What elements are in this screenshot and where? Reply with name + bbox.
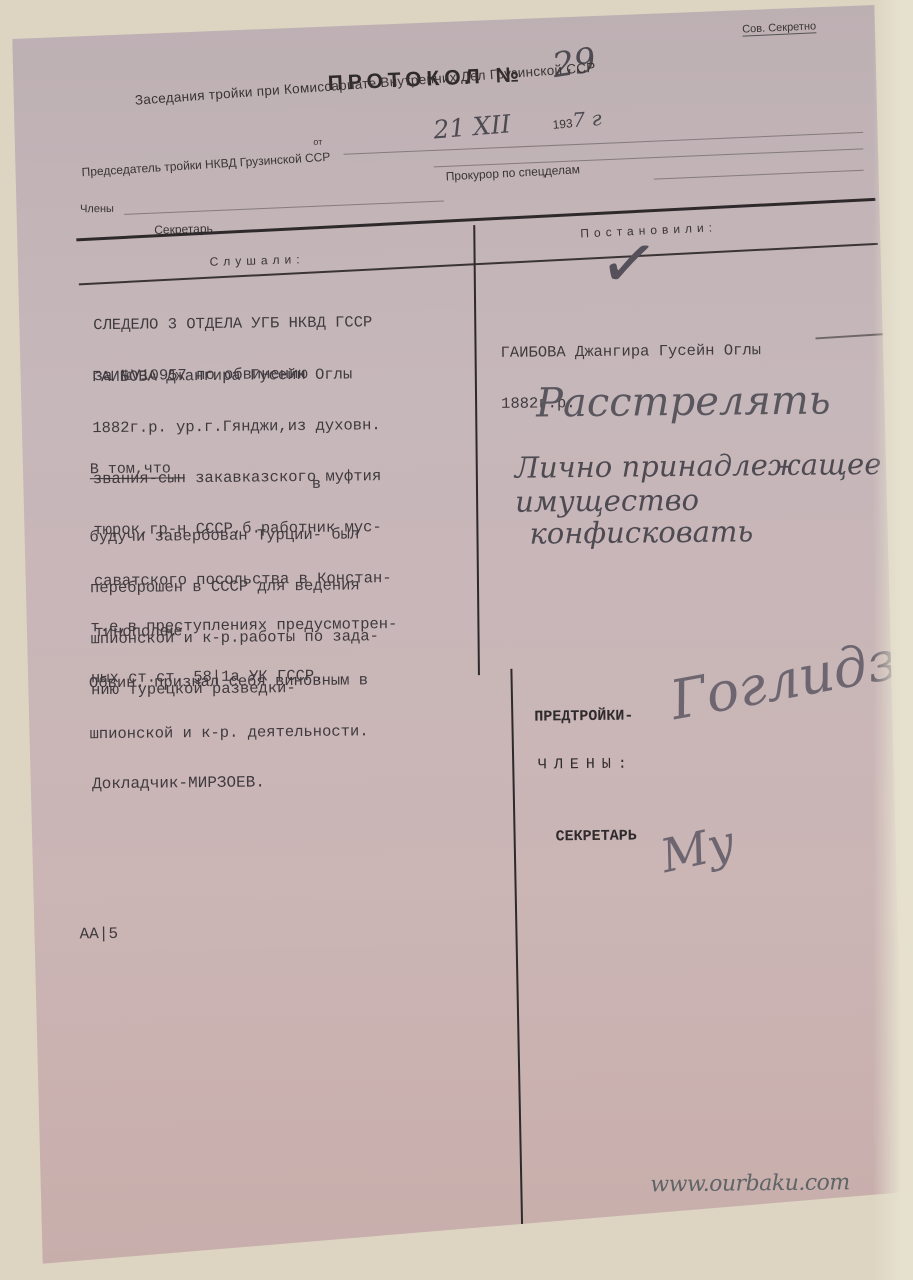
column-divider-lower	[510, 669, 523, 1239]
year-printed: 193	[552, 116, 573, 132]
column-divider-upper	[473, 225, 480, 675]
case-line: СЛЕДЕЛО 3 ОТДЕЛА УГБ НКВД ГССР	[93, 314, 372, 334]
check-mark-icon: ✓	[595, 219, 664, 308]
decided-name-line: ГАИБОВА Джангира Гусейн Оглы	[500, 342, 761, 362]
reporter-name: Докладчик-МИРЗОЕВ.	[92, 773, 265, 793]
accused-line: 1882г.р. ур.г.Гянджи,из духовн.	[92, 417, 390, 437]
charge-heading: В том,что	[90, 460, 185, 479]
column-header-divider	[79, 243, 878, 285]
plea-line: Обвин. признал себя виновным в	[89, 672, 368, 692]
classification-stamp: Сов. Секретно	[742, 20, 817, 36]
members-rule	[124, 200, 444, 214]
date-day-month: 21 XII	[432, 109, 511, 144]
verdict-handwritten: Расстрелять	[536, 377, 831, 426]
document-subtitle: Заседания тройки при Комиссариате Внутре…	[134, 60, 596, 108]
secretary-sign-label: СЕКРЕТАРЬ	[556, 828, 637, 846]
members-sign-label: ЧЛЕНЫ:	[538, 756, 634, 774]
articles-line: т.е,в преступлениях предусмотрен-	[90, 616, 397, 636]
meeting-date: 21 XII 1937 г	[432, 102, 602, 144]
document-page: Сов. Секретно ПРОТОКОЛ № 29 Заседания тр…	[12, 5, 905, 1264]
chairman-label: Председатель тройки НКВД Грузинской ССР	[81, 150, 330, 180]
charge-insert: в	[312, 476, 321, 493]
watermark: www.ourbaku.com	[650, 1170, 850, 1197]
chair-sign-label: ПРЕДТРОЙКИ-	[534, 708, 633, 726]
verdict-line-3: конфисковать	[529, 514, 753, 550]
archive-mark: АА|5	[80, 925, 119, 943]
charge-line: будучи завербован Турции- был	[89, 526, 378, 546]
verdict-line-2: Лично принадлежащее имущество	[515, 447, 898, 519]
accused-line: ГАИБОВА Джангира Гусейн Оглы	[92, 366, 390, 386]
heard-column-header: Слушали:	[209, 252, 304, 269]
chairman-rule	[434, 148, 864, 167]
plea-insert: не	[164, 623, 182, 640]
date-prefix: от	[313, 137, 322, 147]
secretary-signature: Му	[656, 814, 740, 883]
year-handwritten: 7 г	[571, 106, 602, 132]
prosecutor-rule	[654, 170, 864, 180]
background-edge	[873, 0, 913, 1280]
header-divider	[76, 198, 875, 241]
plea-line: шпионской и к-р. деятельности.	[89, 723, 368, 743]
members-label: Члены	[80, 203, 114, 215]
plea-text: Обвин. признал себя виновным в шпионской…	[89, 638, 369, 777]
